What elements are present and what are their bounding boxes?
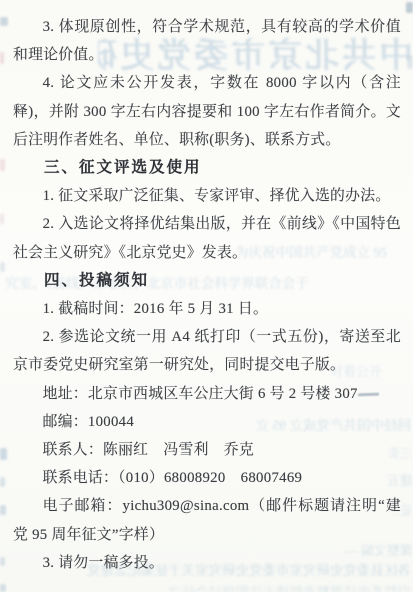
scan-artifact: [407, 55, 413, 69]
scan-artifact: [0, 557, 5, 566]
paragraph: 4. 论文应未公开发表，字数在 8000 字以内（含注释)，并附 300 字左右…: [13, 69, 401, 154]
section-heading: 三、征文评选及使用: [13, 154, 401, 182]
document-text: 3. 体现原创性，符合学术规范，具有较高的学术价值和理论价值。4. 论文应未公开…: [13, 13, 401, 577]
paragraph: 3. 请勿一稿多投。: [13, 549, 401, 577]
paragraph: 电子邮箱：yichu309@sina.com（邮件标题请注明“建党 95 周年征…: [13, 492, 401, 548]
scan-artifact: [0, 17, 8, 26]
paragraph: 2. 入选论文将择优结集出版，并在《前线》《中国特色社会主义研究》《北京党史》发…: [13, 210, 401, 266]
paragraph: 1. 征文采取广泛征集、专家评审、择优入选的办法。: [13, 182, 401, 210]
section-heading: 四、投稿须知: [13, 267, 401, 295]
scan-artifact: [0, 159, 5, 171]
scan-artifact: [0, 52, 4, 64]
scan-artifact: [0, 448, 7, 460]
scan-artifact: [0, 505, 6, 515]
scan-artifact: [0, 584, 6, 592]
paragraph: 联系人：陈丽红 冯雪利 乔克: [13, 436, 401, 464]
scan-artifact: [0, 262, 5, 272]
scan-artifact: [0, 214, 4, 224]
paragraph: 联系电话：（010）68008920 68007469: [13, 464, 401, 492]
scanned-document-page: 中共北京市委党史研究 为庆祝中国共产党成立 95 究室、《前线》杂志社、北京市社…: [0, 0, 413, 592]
scan-artifact: [0, 477, 5, 487]
bleed-through-line: 究联系电话课整来稿请于注明研讨会征文: [2, 581, 411, 592]
scan-artifact: [406, 2, 413, 13]
paragraph: 2. 参选论文统一用 A4 纸打印（一式五份)，寄送至北京市委党史研究室第一研究…: [13, 323, 401, 379]
paragraph: 3. 体现原创性，符合学术规范，具有较高的学术价值和理论价值。: [13, 13, 401, 69]
paragraph: 1. 截稿时间：2016 年 5 月 31 日。: [13, 295, 401, 323]
paragraph: 地址：北京市西城区车公庄大街 6 号 2 号楼 307: [13, 380, 401, 408]
paragraph: 邮编：100044: [13, 408, 401, 436]
